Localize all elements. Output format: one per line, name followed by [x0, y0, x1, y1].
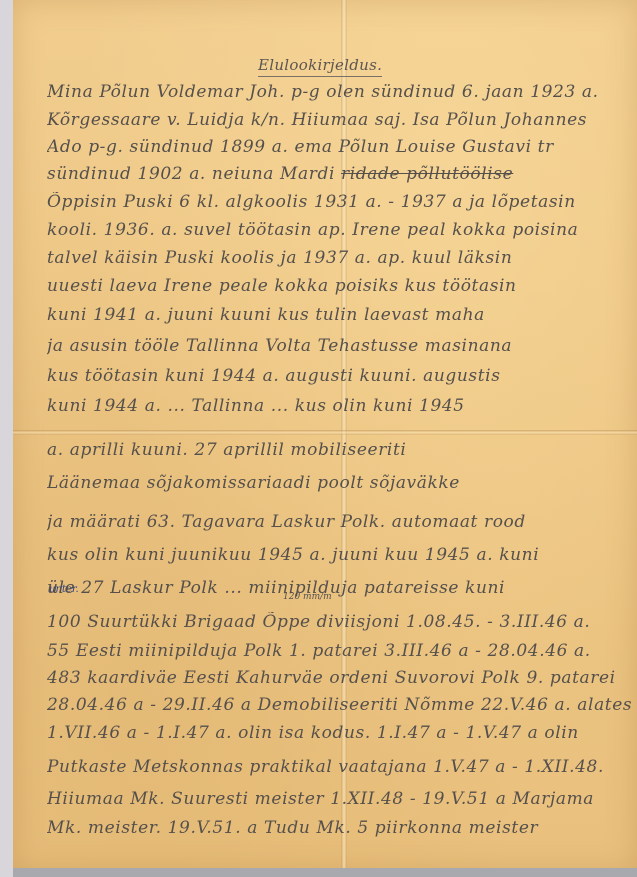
text-line: ja asusin tööle Tallinna Volta Tehastuss… [47, 336, 637, 356]
struck-text: ridade põllutöölise [341, 164, 513, 184]
text-line: 100 Suurtükki Brigaad Õppe diviisjoni 1.… [47, 612, 637, 632]
text-line: ja määrati 63. Tagavara Laskur Polk. aut… [47, 512, 637, 532]
text-line: Mk. meister. 19.V.51. a Tudu Mk. 5 piirk… [47, 818, 637, 838]
document-title: Elulookirjeldus. [258, 56, 382, 77]
scan-background [13, 868, 637, 877]
text-line: Läänemaa sõjakomissariaadi poolt sõjaväk… [47, 473, 637, 493]
line-text: sündinud 1902 a. neiuna Mardi [47, 164, 335, 184]
text-line: 55 Eesti miinipilduja Polk 1. patarei 3.… [47, 641, 637, 661]
text-line: 1.VII.46 a - 1.I.47 a. olin isa kodus. 1… [47, 723, 637, 743]
text-line: kooli. 1936. a. suvel töötasin ap. Irene… [47, 220, 637, 240]
text-line: Kõrgessaare v. Luidja k/n. Hiiumaa saj. … [47, 110, 637, 130]
text-line: 483 kaardiväe Eesti Kahurväe ordeni Suvo… [47, 668, 637, 688]
text-line: kus olin kuni juunikuu 1945 a. juuni kuu… [47, 545, 637, 565]
document-page: Elulookirjeldus. Mina Põlun Voldemar Joh… [13, 0, 637, 872]
text-line: Putkaste Metskonnas praktikal vaatajana … [47, 757, 637, 777]
text-line: a. aprilli kuuni. 27 aprillil mobiliseer… [47, 440, 637, 460]
text-line: uuesti laeva Irene peale kokka poisiks k… [47, 276, 637, 296]
text-line: 28.04.46 a - 29.II.46 a Demobiliseeriti … [47, 695, 637, 715]
text-line: kuni 1941 a. juuni kuuni kus tulin laeva… [47, 305, 637, 325]
text-line: Õppisin Puski 6 kl. algkoolis 1931 a. - … [47, 192, 637, 212]
text-line: Hiiumaa Mk. Suuresti meister 1.XII.48 - … [47, 789, 637, 809]
text-line: Mina Põlun Voldemar Joh. p-g olen sündin… [47, 82, 637, 102]
horizontal-fold [13, 430, 637, 435]
text-line: üle 27 Laskur Polk ... miinipilduja pata… [47, 578, 637, 598]
text-line: kuni 1944 a. ... Tallinna ... kus olin k… [47, 396, 637, 416]
text-line: sündinud 1902 a. neiuna Mardi ridade põl… [47, 164, 637, 184]
text-line: kus töötasin kuni 1944 a. augusti kuuni.… [47, 366, 637, 386]
text-line: talvel käisin Puski koolis ja 1937 a. ap… [47, 248, 637, 268]
text-line: Ado p-g. sündinud 1899 a. ema Põlun Loui… [47, 137, 637, 157]
